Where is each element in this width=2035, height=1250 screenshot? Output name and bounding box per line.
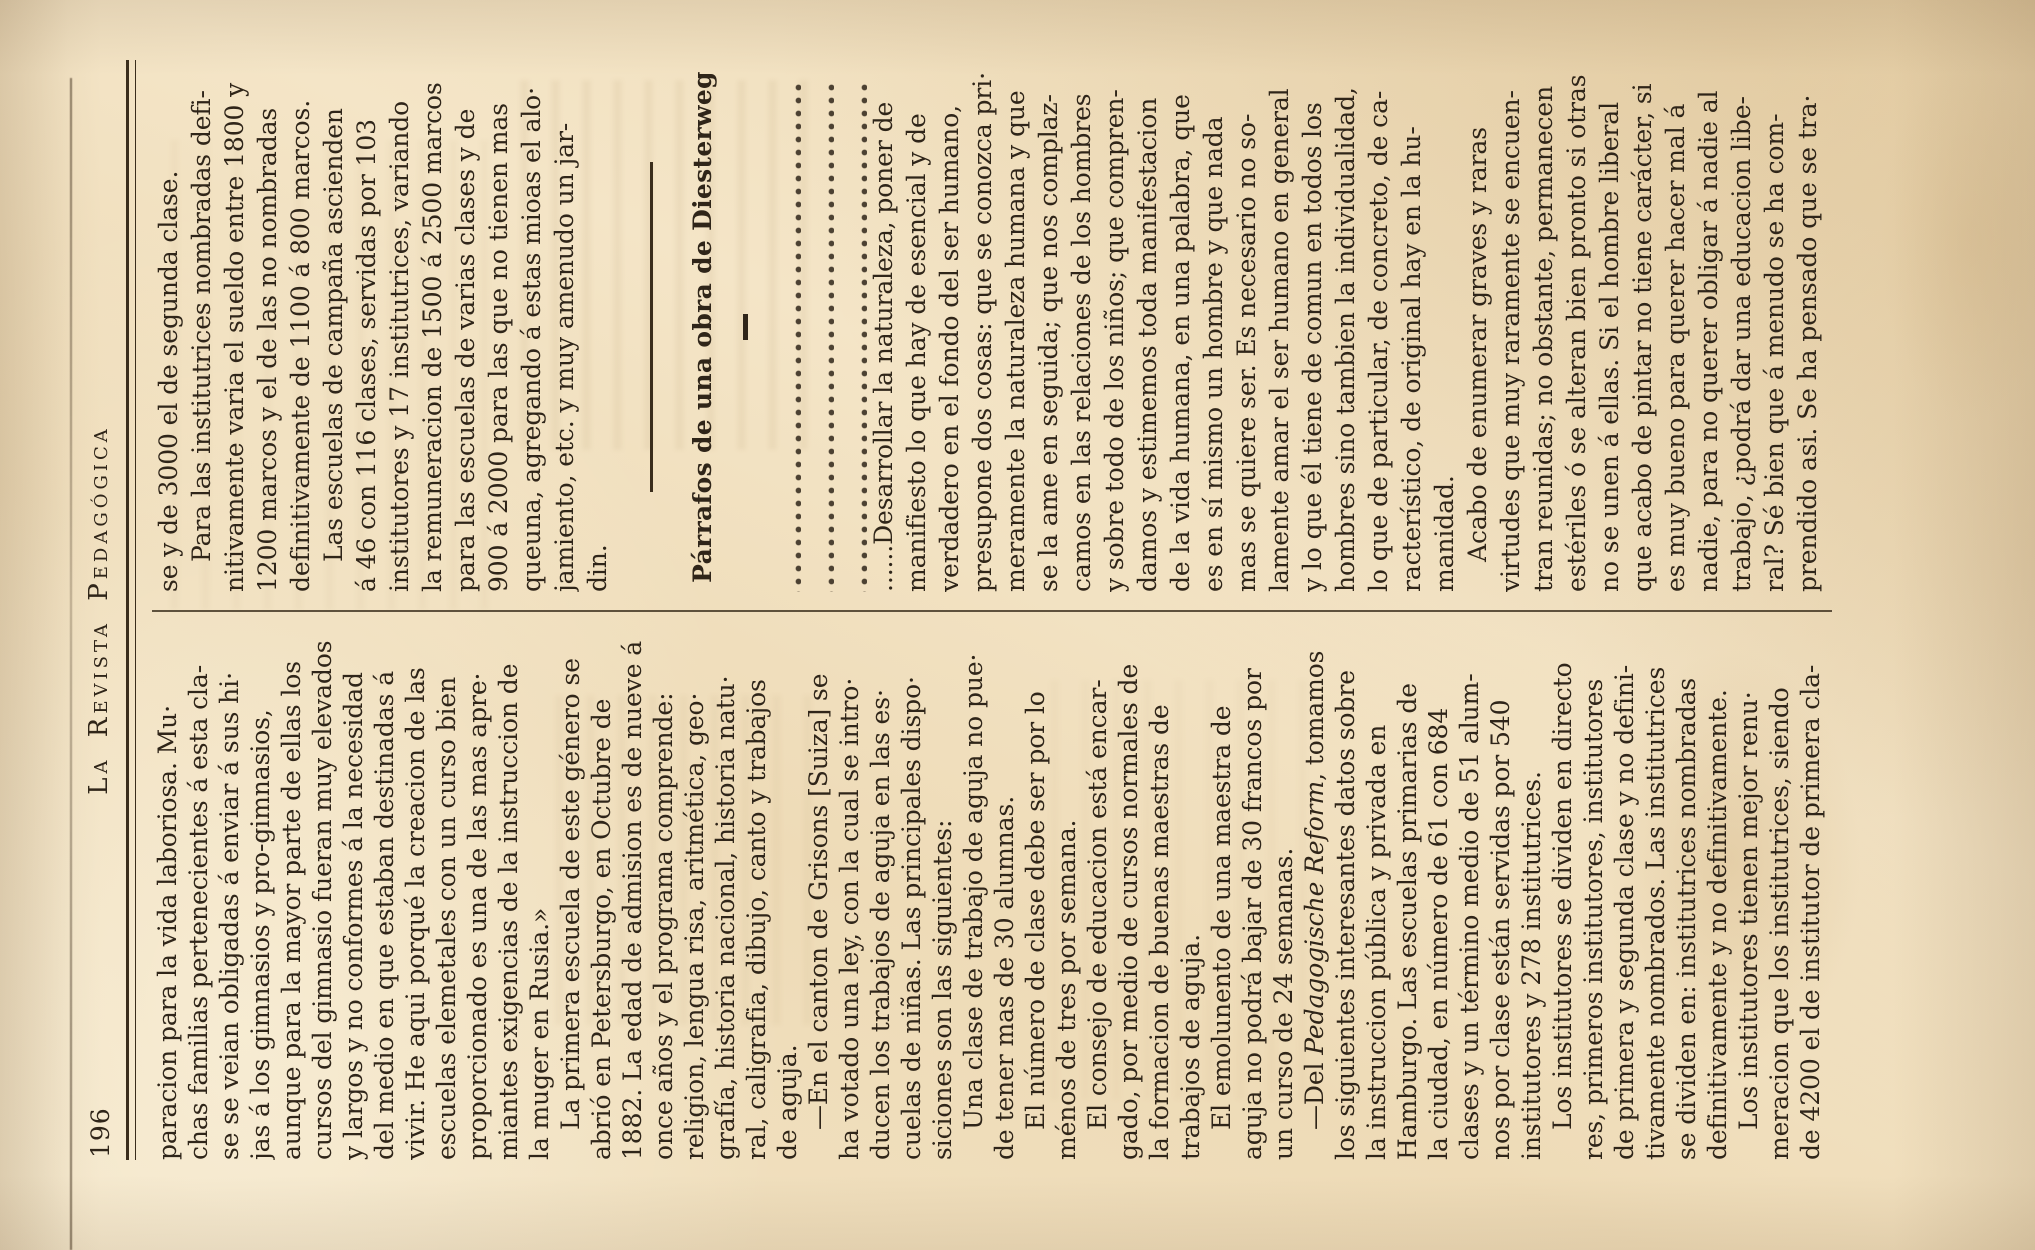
ellipsis-dots-line (768, 78, 801, 592)
paragraph: El consejo de educacion está encar- gado… (1082, 630, 1206, 1160)
paragraph: Para las institutrices nombradas defi- n… (185, 62, 317, 592)
paragraph: Los institutores se dividen en directo r… (1547, 630, 1733, 1160)
ellipsis-dots-line (834, 78, 867, 592)
paragraph: El emolunento de una maestra de aguja no… (1206, 630, 1299, 1160)
paragraph: Acabo de enumerar graves y raras virtude… (1461, 62, 1824, 592)
paragraph: —Del Pedagogische Reform, tomamos los si… (1299, 630, 1547, 1160)
column-left: paracion para la vida laboriosa. Mu· cha… (152, 630, 1832, 1160)
paragraph: —En el canton de Grisons [Suiza] se ha v… (803, 630, 958, 1160)
paragraph: Los institutores tienen mejor renu· mera… (1733, 630, 1826, 1160)
heading-dash (743, 314, 748, 340)
journal-title: La Revista Pedagógica (84, 60, 114, 1160)
separator-rule (650, 162, 653, 492)
paragraph: La primera escuela de este género se abr… (555, 630, 803, 1160)
paragraph: Una clase de trabajo de aguja no pue· de… (958, 630, 1020, 1160)
column-divider-rule (152, 610, 1832, 612)
running-head: 196 La Revista Pedagógica (84, 60, 120, 1160)
paragraph: paracion para la vida laboriosa. Mu· cha… (152, 630, 555, 1160)
section-heading: Párrafos de una obra de Diesterweg (683, 62, 723, 592)
paragraph: El número de clase debe ser por lo ménos… (1020, 630, 1082, 1160)
paragraph: Las escuelas de campaña ascienden á 46 c… (317, 62, 614, 592)
paragraph: ......Desarrollar la naturaleza, poner d… (867, 62, 1461, 592)
text-columns: paracion para la vida laboriosa. Mu· cha… (152, 60, 1832, 1160)
gutter-shadow (0, 0, 68, 1250)
header-double-rule (126, 60, 136, 1160)
ellipsis-dots-line (801, 78, 834, 592)
scanned-page: 196 La Revista Pedagógica paracion para … (0, 0, 2035, 1250)
gutter-crease-line (70, 78, 72, 1250)
paper-stain (1880, 60, 2035, 420)
paragraph: se y de 3000 el de segunda clase. (152, 62, 185, 592)
column-right: se y de 3000 el de segunda clase.Para la… (152, 62, 1832, 592)
